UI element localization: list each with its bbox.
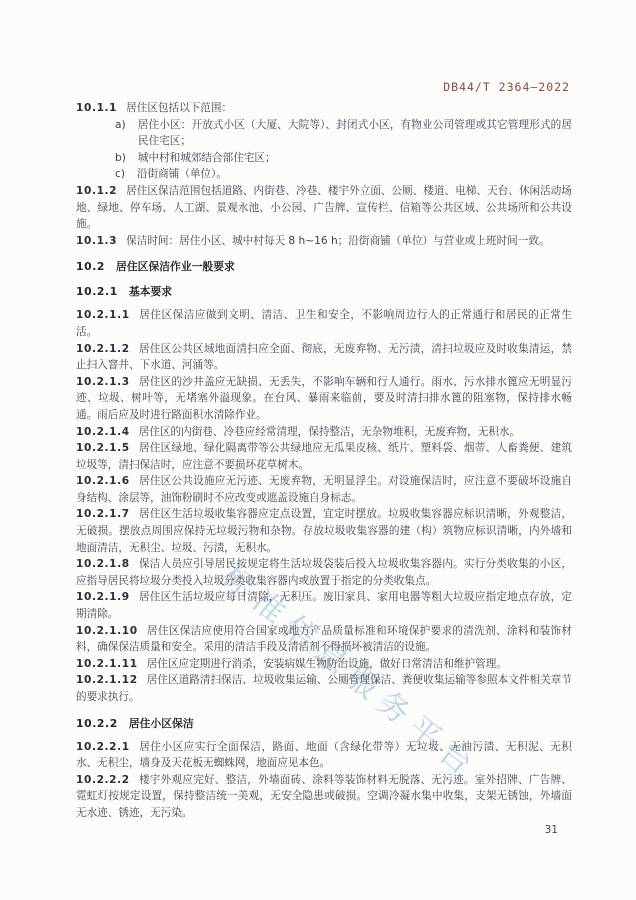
page-number: 31 [545, 824, 558, 836]
subsection-heading: 10.2.1基本要求 [76, 284, 572, 299]
clause-number: 10.2.1.11 [76, 658, 138, 670]
clause-number: 10.2.2 [76, 717, 118, 730]
clause-text: 居住区绿地、绿化隔离带等公共绿地应无瓜果皮核、纸片、塑料袋、烟蒂、人畜粪便、建筑… [76, 442, 572, 471]
section-heading: 10.2居住区保洁作业一般要求 [76, 259, 572, 274]
clause-text: 居住区保洁作业一般要求 [116, 260, 235, 273]
clause-paragraph: 10.1.1居住区包括以下范围： [76, 100, 572, 117]
clause-text: 居住区包括以下范围： [126, 102, 232, 114]
clause-paragraph: 10.2.1.9居住区生活垃圾应每日清除，无积压。废旧家具、家用电器等粗大垃圾应… [76, 589, 572, 622]
clause-number: 10.2.1.12 [76, 674, 138, 686]
clause-number: 10.2.1.9 [76, 591, 130, 603]
clause-number: 10.2.2.2 [76, 774, 130, 786]
clause-text: 居住区应定期进行消杀，安装病媒生物防治设施，做好日常清洁和维护管理。 [147, 658, 507, 670]
standard-number-header: DB44/T 2364—2022 [443, 80, 570, 94]
clause-text: 沿街商铺（单位）。 [137, 168, 227, 180]
clause-number: 10.2.1 [76, 285, 118, 298]
clause-paragraph: 10.2.1.5居住区绿地、绿化隔离带等公共绿地应无瓜果皮核、纸片、塑料袋、烟蒂… [76, 440, 572, 473]
clause-number: 10.2.1.3 [76, 376, 130, 388]
clause-paragraph: 10.2.2.1居住小区应实行全面保洁，路面、地面（含绿化带等）无垃圾、无油污渍… [76, 739, 572, 772]
clause-text: 居住区生活垃圾收集容器应定点设置，宜定时摆放。垃圾收集容器应标识清晰，外观整洁，… [76, 508, 572, 553]
clause-paragraph: 10.2.1.1居住区保洁应做到文明、清洁、卫生和安全，不影响周边行人的正常通行… [76, 307, 572, 340]
clause-text: 基本要求 [129, 285, 172, 298]
clause-paragraph: 10.2.1.8保洁人员应引导居民按规定将生活垃圾袋装后投入垃圾收集容器内。实行… [76, 556, 572, 589]
clause-number: 10.2.2.1 [76, 741, 130, 753]
list-item: a)居住小区：开放式小区（大厦、大院等）、封闭式小区，有物业公司管理或其它管理形… [76, 117, 572, 150]
clause-number: 10.2.1.2 [76, 343, 130, 355]
clause-text: 居住区的内街巷、冷巷应经常清理，保持整洁，无杂物堆积，无废弃物，无积水。 [139, 426, 520, 438]
clause-text: 居住区保洁范围包括道路、内街巷、冷巷、楼宇外立面、公厕、楼道、电梯、天台、休闲活… [76, 185, 572, 230]
clause-number: 10.2.1.7 [76, 508, 130, 520]
clause-paragraph: 10.1.2居住区保洁范围包括道路、内街巷、冷巷、楼宇外立面、公厕、楼道、电梯、… [76, 183, 572, 233]
clause-number: 10.2 [76, 260, 105, 273]
clause-number: 10.1.2 [76, 185, 117, 197]
clause-text: 居住区公共区域地面清扫应全面、彻底，无废弃物、无污渍，清扫垃圾应及时收集清运，禁… [76, 343, 572, 372]
list-label: b) [115, 152, 126, 164]
clause-paragraph: 10.1.3保洁时间：居住小区、城中村每天 8 h~16 h；沿街商铺（单位）与… [76, 233, 572, 250]
subsection-heading: 10.2.2居住小区保洁 [76, 716, 572, 731]
clause-text: 居住小区应实行全面保洁，路面、地面（含绿化带等）无垃圾、无油污渍、无积泥、无积水… [76, 741, 572, 770]
clause-number: 10.1.3 [76, 235, 117, 247]
clause-text: 居住区生活垃圾应每日清除，无积压。废旧家具、家用电器等粗大垃圾应指定地点存放，定… [76, 591, 572, 620]
document-page: DB44/T 2364—2022 标准信息服务平台 10.1.1居住区包括以下范… [0, 0, 636, 900]
list-item: b)城中村和城郊结合部住宅区； [76, 150, 572, 167]
clause-paragraph: 10.2.1.10居住区保洁应使用符合国家或地方产品质量标准和环境保护要求的清洗… [76, 623, 572, 656]
document-body: 10.1.1居住区包括以下范围：a)居住小区：开放式小区（大厦、大院等）、封闭式… [76, 100, 572, 822]
clause-number: 10.2.1.8 [76, 558, 130, 570]
clause-paragraph: 10.2.1.11居住区应定期进行消杀，安装病媒生物防治设施，做好日常清洁和维护… [76, 656, 572, 673]
list-label: c) [115, 168, 125, 180]
list-item: c)沿街商铺（单位）。 [76, 166, 572, 183]
clause-text: 保洁人员应引导居民按规定将生活垃圾袋装后投入垃圾收集容器内。实行分类收集的小区，… [76, 558, 572, 587]
clause-text: 居住区保洁应做到文明、清洁、卫生和安全，不影响周边行人的正常通行和居民的正常生活… [76, 309, 572, 338]
clause-paragraph: 10.2.2.2楼宇外观应完好、整洁，外墙面砖、涂料等装饰材料无脱落、无污迹。室… [76, 772, 572, 822]
clause-text: 居住区保洁应使用符合国家或地方产品质量标准和环境保护要求的清洗剂、涂料和装饰材料… [76, 625, 572, 654]
clause-paragraph: 10.2.1.3居住区的沙井盖应无缺损、无丢失，不影响车辆和行人通行。雨水、污水… [76, 374, 572, 424]
clause-number: 10.2.1.5 [76, 442, 130, 454]
clause-text: 居住小区保洁 [129, 717, 194, 730]
clause-paragraph: 10.2.1.6居住区公共设施应无污迹、无废弃物，无明显浮尘。对设施保洁时，应注… [76, 473, 572, 506]
list-label: a) [115, 119, 126, 131]
clause-number: 10.2.1.6 [76, 475, 130, 487]
clause-text: 居住小区：开放式小区（大厦、大院等）、封闭式小区，有物业公司管理或其它管理形式的… [138, 119, 572, 148]
clause-number: 10.2.1.10 [76, 625, 138, 637]
clause-text: 楼宇外观应完好、整洁，外墙面砖、涂料等装饰材料无脱落、无污迹。室外招牌、广告牌、… [76, 774, 572, 819]
clause-paragraph: 10.2.1.2居住区公共区域地面清扫应全面、彻底，无废弃物、无污渍，清扫垃圾应… [76, 341, 572, 374]
clause-number: 10.2.1.1 [76, 309, 130, 321]
clause-paragraph: 10.2.1.12居住区道路清扫保洁、垃圾收集运输、公厕管理保洁、粪便收集运输等… [76, 672, 572, 705]
clause-number: 10.2.1.4 [76, 426, 130, 438]
clause-text: 居住区的沙井盖应无缺损、无丢失，不影响车辆和行人通行。雨水、污水排水篦应无明显污… [76, 376, 572, 421]
clause-text: 城中村和城郊结合部住宅区； [138, 152, 276, 164]
clause-paragraph: 10.2.1.4居住区的内街巷、冷巷应经常清理，保持整洁，无杂物堆积，无废弃物，… [76, 424, 572, 441]
clause-text: 居住区道路清扫保洁、垃圾收集运输、公厕管理保洁、粪便收集运输等参照本文件相关章节… [76, 674, 572, 703]
clause-text: 保洁时间：居住小区、城中村每天 8 h~16 h；沿街商铺（单位）与营业或上班时… [126, 235, 549, 247]
clause-paragraph: 10.2.1.7居住区生活垃圾收集容器应定点设置，宜定时摆放。垃圾收集容器应标识… [76, 506, 572, 556]
clause-text: 居住区公共设施应无污迹、无废弃物，无明显浮尘。对设施保洁时，应注意不要破坏设施自… [76, 475, 572, 504]
clause-number: 10.1.1 [76, 102, 117, 114]
